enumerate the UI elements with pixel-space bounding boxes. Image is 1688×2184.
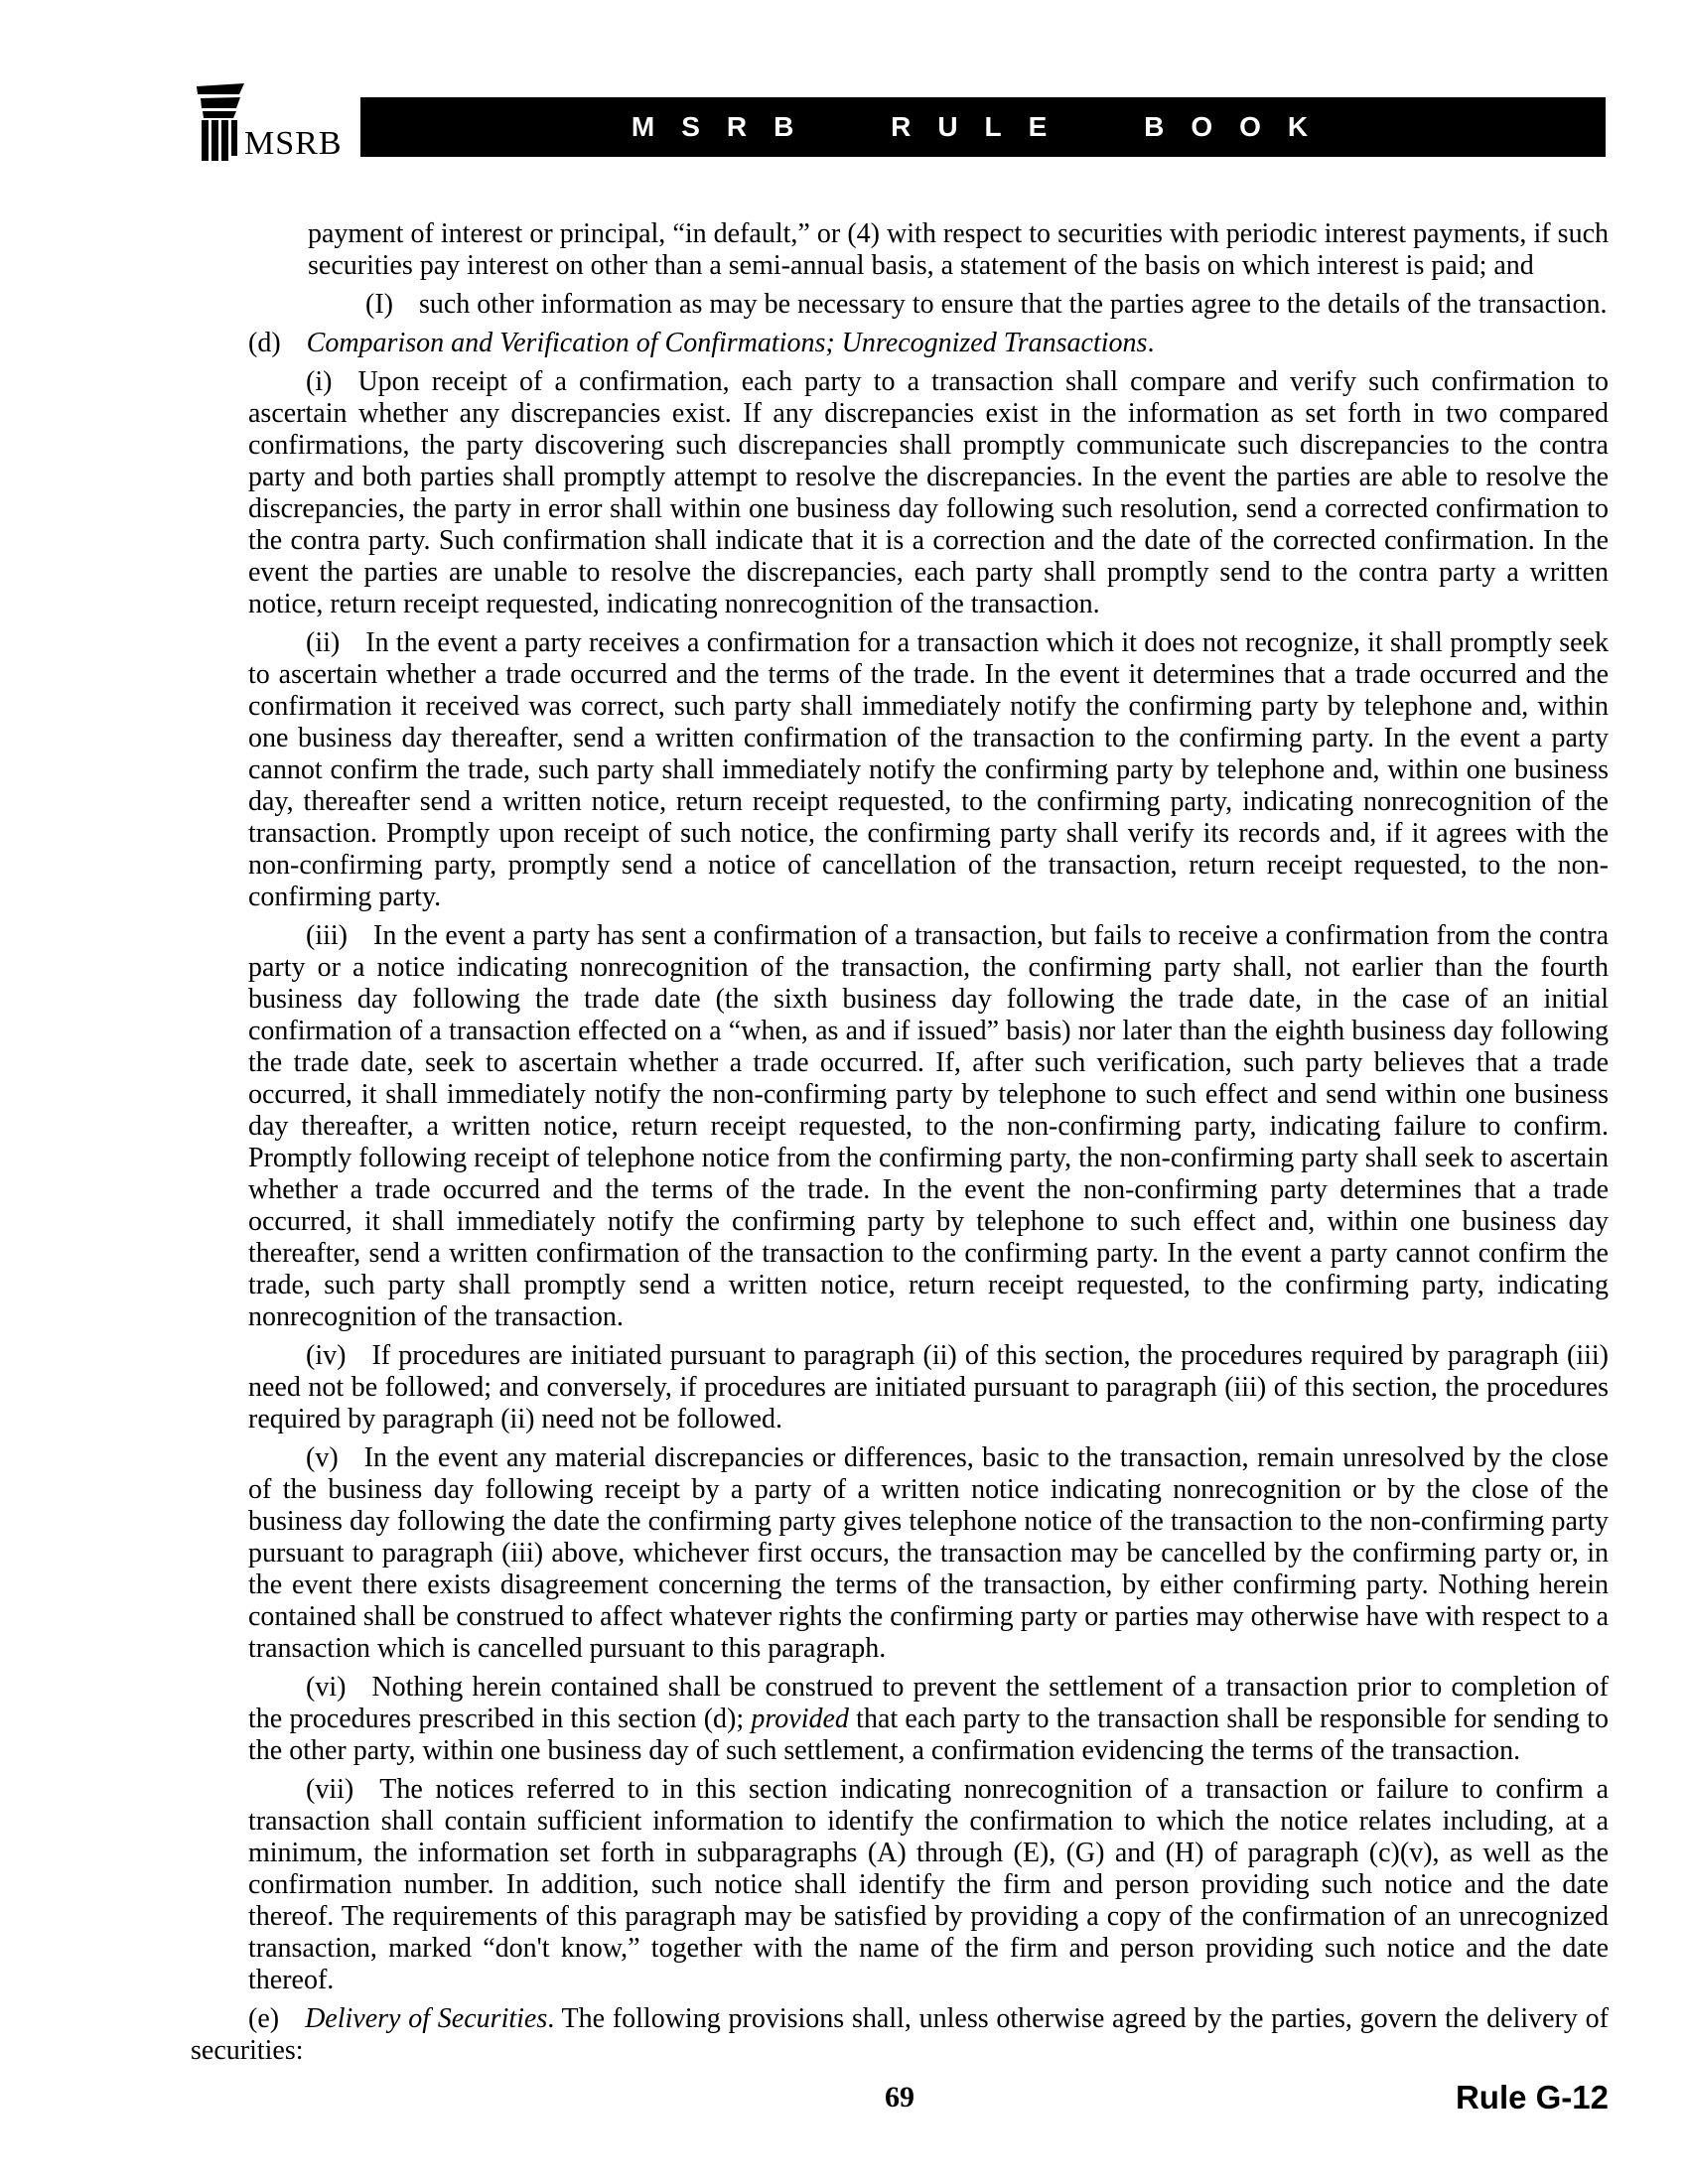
text-segment: . (1147, 328, 1154, 358)
paragraph-iv: (iv)If procedures are initiated pursuant… (248, 1340, 1609, 1435)
text-segment: payment of interest or principal, “in de… (308, 218, 1609, 281)
paragraph-label: (i) (306, 366, 332, 397)
msrb-logo: MSRB (197, 83, 346, 161)
paragraph-d-heading: (d)Comparison and Verification of Confir… (248, 328, 1609, 359)
paragraph-e-heading: (e)Delivery of Securities. The following… (191, 2003, 1609, 2067)
italic-text-segment: Delivery of Securities (305, 2003, 547, 2034)
paragraph-I: (I)such other information as may be nece… (248, 289, 1609, 321)
text-segment: The notices referred to in this section … (248, 1774, 1609, 1995)
rulebook-banner: MSRB RULE BOOK (360, 97, 1606, 157)
paragraph-ii: (ii)In the event a party receives a conf… (248, 627, 1609, 913)
paragraph-v: (v)In the event any material discrepanci… (248, 1442, 1609, 1665)
paragraph-label: (vi) (306, 1672, 346, 1703)
paragraph-label: (iv) (306, 1340, 346, 1371)
paragraph-label: (iii) (306, 920, 348, 951)
document-page: MSRB MSRB RULE BOOK payment of interest … (0, 0, 1688, 2184)
italic-text-segment: provided (751, 1704, 849, 1734)
rule-label: Rule G-12 (1456, 2079, 1609, 2116)
text-segment: Upon receipt of a confirmation, each par… (248, 366, 1609, 619)
paragraph-vi: (vi)Nothing herein contained shall be co… (248, 1672, 1609, 1767)
document-body: payment of interest or principal, “in de… (191, 218, 1609, 2067)
page-number: 69 (191, 2081, 1609, 2115)
italic-text-segment: Comparison and Verification of Confirmat… (307, 328, 1148, 358)
paragraph-label: (ii) (306, 627, 340, 658)
paragraph-i: (i)Upon receipt of a confirmation, each … (248, 366, 1609, 620)
paragraph-vii: (vii)The notices referred to in this sec… (248, 1774, 1609, 1996)
text-segment: If procedures are initiated pursuant to … (248, 1340, 1609, 1434)
column-logo-icon (197, 83, 244, 161)
text-segment: In the event a party has sent a confirma… (248, 920, 1609, 1332)
paragraph-label: (I) (365, 289, 393, 320)
logo-wordmark: MSRB (244, 127, 343, 161)
text-segment: such other information as may be necessa… (419, 289, 1608, 320)
paragraph-label: (v) (306, 1442, 339, 1473)
paragraph-label: (vii) (306, 1774, 353, 1805)
text-segment: In the event a party receives a confirma… (248, 627, 1609, 912)
paragraph-label: (d) (248, 328, 281, 358)
paragraph-iii: (iii)In the event a party has sent a con… (248, 920, 1609, 1333)
paragraph-label: (e) (248, 2003, 279, 2034)
text-segment: In the event any material discrepancies … (248, 1442, 1609, 1664)
paragraph-continuation-4: payment of interest or principal, “in de… (308, 218, 1609, 282)
